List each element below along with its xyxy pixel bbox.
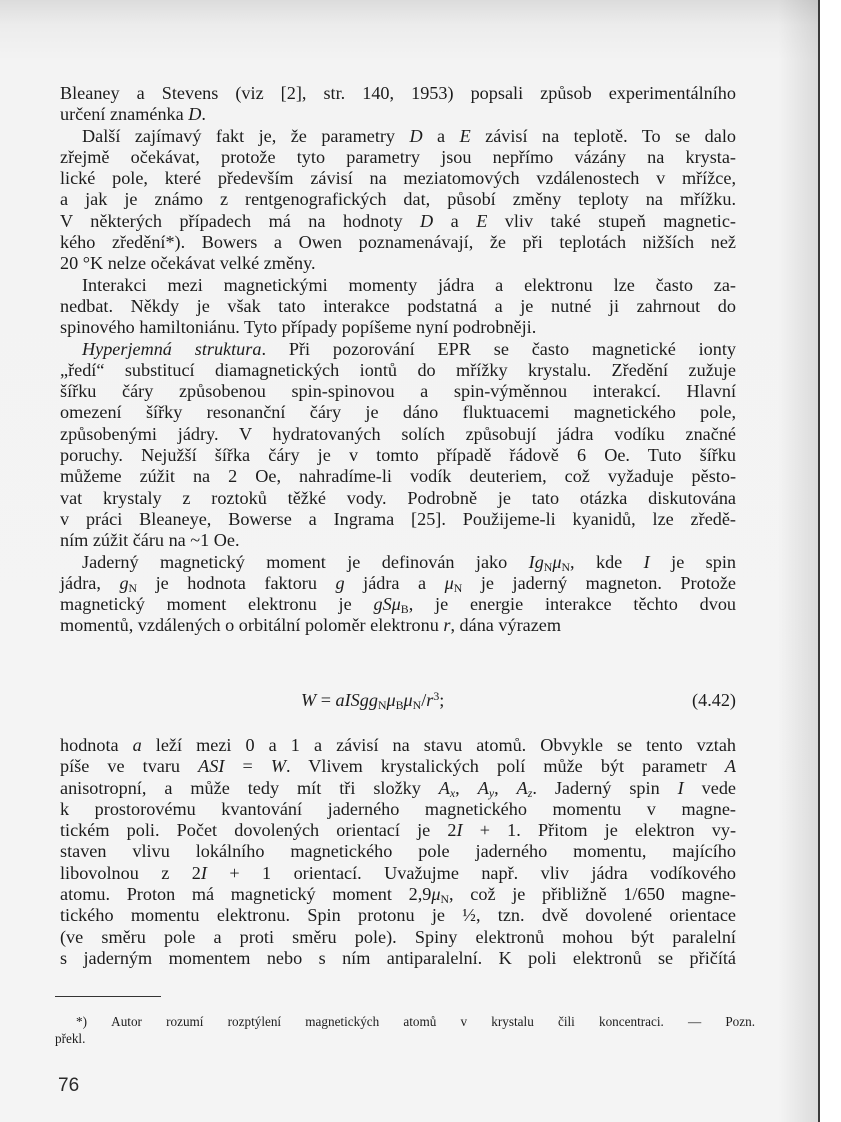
text-line: nedbat. Někdy je však tato interakce pod… xyxy=(60,296,736,317)
text-run: , xyxy=(455,778,478,798)
text-run: . Vlivem krystalických polí může být par… xyxy=(286,756,725,776)
text-run: je hodnota faktoru xyxy=(137,573,335,593)
footnote-rule xyxy=(55,996,161,997)
text-line: zřejmě očekávat, protože tyto parametry … xyxy=(60,147,736,168)
text-run: určení znaménka xyxy=(60,104,188,124)
fraction-half: ½ xyxy=(462,905,476,925)
math-symbol: Ig xyxy=(529,552,544,572)
text-line: libovolnou z 2I + 1 orientací. Uvažujme … xyxy=(60,863,736,884)
text-run: jádra a xyxy=(345,573,445,593)
text-line: „ředí“ substitucí diamagnetických iontů … xyxy=(60,360,736,381)
text-run: + 1 orientací. Uvažujme např. vliv jádra… xyxy=(207,863,736,883)
text-line: a jak je známo z rentgenografických dat,… xyxy=(60,189,736,210)
text-run: , kde xyxy=(570,552,644,572)
math-symbol: D xyxy=(188,104,201,124)
math-symbol: W xyxy=(301,690,316,710)
math-subscript: N xyxy=(441,892,450,906)
text-run: závisí na teplotě. To se dalo xyxy=(471,126,736,146)
equals-sign: = xyxy=(316,690,335,710)
text-line: způsobenými jádry. V hydratovaných solíc… xyxy=(60,424,736,445)
text-run: leží mezi 0 a 1 a závisí na stavu atomů.… xyxy=(142,735,736,755)
math-symbol: μ xyxy=(431,884,440,904)
text-line: poruchy. Nejužší šířka čáry je v tomto p… xyxy=(60,445,736,466)
text-line: staven vlivu lokálního magnetického pole… xyxy=(60,841,736,862)
paragraph-start-line: Interakci mezi magnetickými momenty jádr… xyxy=(60,275,736,296)
footnote-text: Autor rozumí rozptýlení magnetických ato… xyxy=(111,1014,755,1029)
text-run: V některých případech má na hodnoty xyxy=(60,211,420,231)
section-run-in-heading: Hyperjemná struktura xyxy=(82,339,261,359)
text-line: šířku čáry způsobenou spin-spinovou a sp… xyxy=(60,381,736,402)
math-symbol: A xyxy=(725,756,736,776)
text-line: V některých případech má na hodnoty D a … xyxy=(60,211,736,232)
text-line: lické pole, které především závisí na me… xyxy=(60,168,736,189)
math-symbol: a xyxy=(133,735,142,755)
text-line: (ve směru pole a proti směru pole). Spin… xyxy=(60,927,736,948)
text-run: . xyxy=(201,104,206,124)
math-subscript: N xyxy=(378,698,387,712)
text-run: , což je přibližně 1/650 magne- xyxy=(449,884,736,904)
text-line: hodnota a leží mezi 0 a 1 a závisí na st… xyxy=(60,735,736,756)
page-number: 76 xyxy=(58,1075,79,1097)
text-run: , je energie interakce těchto dvou xyxy=(409,594,736,614)
math-subscript: B xyxy=(401,602,409,616)
math-symbol: D xyxy=(409,126,422,146)
text-line: momentů, vzdálených o orbitální poloměr … xyxy=(60,615,736,636)
text-line: k prostorovému kvantování jaderného magn… xyxy=(60,799,736,820)
math-subscript: N xyxy=(561,560,570,574)
equation-body: W = aISggNμBμN/r3; xyxy=(301,690,444,711)
paragraph-start-line: Další zajímavý fakt je, že parametry D a… xyxy=(60,126,736,147)
text-run: = xyxy=(224,756,270,776)
math-symbol: A xyxy=(517,778,528,798)
text-line: omezení šířky resonanční čáry je dáno fl… xyxy=(60,402,736,423)
text-line: ním zúžit čáru na ~1 Oe. xyxy=(60,530,736,551)
text-run: Další zajímavý fakt je, že parametry xyxy=(82,126,409,146)
text-line: Bleaney a Stevens (viz [2], str. 140, 19… xyxy=(60,83,736,104)
text-run: píše ve tvaru xyxy=(60,756,198,776)
text-run: Jaderný magnetický moment je definován j… xyxy=(82,552,529,572)
math-punctuation: ; xyxy=(439,690,444,710)
text-run: jádra, xyxy=(60,573,119,593)
text-line: tickém poli. Počet dovolených orientací … xyxy=(60,820,736,841)
display-equation: W = aISggNμBμN/r3; (4.42) xyxy=(60,690,736,716)
math-subscript: B xyxy=(396,698,404,712)
text-line: spinového hamiltoniánu. Tyto případy pop… xyxy=(60,317,736,338)
footnote-line: *) Autor rozumí rozptýlení magnetických … xyxy=(55,1013,755,1030)
text-line: magnetický moment elektronu je gSμB, je … xyxy=(60,594,736,615)
math-symbol: μ xyxy=(387,690,396,710)
book-page: Bleaney a Stevens (viz [2], str. 140, 19… xyxy=(0,0,820,1122)
text-run: a xyxy=(433,211,476,231)
math-symbol: ASI xyxy=(198,756,224,776)
body-text-upper: Bleaney a Stevens (viz [2], str. 140, 19… xyxy=(60,83,736,637)
math-symbol: gSμ xyxy=(373,594,400,614)
text-run: atomu. Proton má magnetický moment 2,9 xyxy=(60,884,431,904)
text-line: tického momentu elektronu. Spin protonu … xyxy=(60,905,736,926)
text-run: je spin xyxy=(650,552,736,572)
text-run: vede xyxy=(684,778,736,798)
text-run: tického momentu elektronu. Spin protonu … xyxy=(60,905,462,925)
text-run: , xyxy=(494,778,517,798)
paragraph-start-line: Hyperjemná struktura. Při pozorování EPR… xyxy=(60,339,736,360)
math-symbol: D xyxy=(420,211,433,231)
text-run: libovolnou z 2 xyxy=(60,863,201,883)
paragraph-start-line: Jaderný magnetický moment je definován j… xyxy=(60,552,736,573)
text-line: v práci Bleaneye, Bowerse a Ingrama [25]… xyxy=(60,509,736,530)
math-symbol: A xyxy=(439,778,450,798)
text-line: s jaderným momentem nebo s ním antiparal… xyxy=(60,948,736,969)
text-line: určení znaménka D. xyxy=(60,104,736,125)
math-subscript: N xyxy=(413,698,422,712)
footnote-marker: *) xyxy=(76,1014,87,1029)
body-text-lower: hodnota a leží mezi 0 a 1 a závisí na st… xyxy=(60,735,736,969)
text-run: momentů, vzdálených o orbitální poloměr … xyxy=(60,615,443,635)
text-run: magnetický moment elektronu je xyxy=(60,594,373,614)
text-line: atomu. Proton má magnetický moment 2,9μN… xyxy=(60,884,736,905)
text-run: a xyxy=(423,126,460,146)
text-run: je jaderný magneton. Protože xyxy=(462,573,736,593)
text-run: vliv také stupeň magnetic- xyxy=(487,211,736,231)
text-run: . Při pozorování EPR se často magnetické… xyxy=(261,339,736,359)
math-symbol: μ xyxy=(445,573,454,593)
math-symbol: aISgg xyxy=(336,690,378,710)
text-line-with-footnote-ref: kého zředění*). Bowers a Owen poznamenáv… xyxy=(60,232,736,253)
math-subscript: N xyxy=(129,581,138,595)
text-run: . Jaderný spin xyxy=(532,778,677,798)
text-line: vat krystaly z roztoků těžké vody. Podro… xyxy=(60,488,736,509)
text-run: , dána výrazem xyxy=(450,615,561,635)
text-line: 20 °K nelze očekávat velké změny. xyxy=(60,253,736,274)
text-line: anisotropní, a může tedy mít tři složky … xyxy=(60,778,736,799)
equation-number: (4.42) xyxy=(692,690,736,711)
math-symbol: A xyxy=(478,778,489,798)
math-symbol: W xyxy=(271,756,286,776)
math-symbol: g xyxy=(336,573,345,593)
math-symbol: μ xyxy=(404,690,413,710)
footnote-line: překl. xyxy=(55,1030,755,1047)
text-run: + 1. Přitom je elektron vy- xyxy=(463,820,736,840)
text-run: anisotropní, a může tedy mít tři složky xyxy=(60,778,439,798)
text-run: , tzn. dvě dovolené orientace xyxy=(476,905,736,925)
text-line: můžeme zúžit na 2 Oe, nahradíme-li vodík… xyxy=(60,466,736,487)
math-symbol: g xyxy=(119,573,128,593)
text-run: hodnota xyxy=(60,735,133,755)
math-symbol: E xyxy=(476,211,487,231)
text-line: píše ve tvaru ASI = W. Vlivem krystalick… xyxy=(60,756,736,777)
math-symbol: E xyxy=(460,126,471,146)
footnote: *) Autor rozumí rozptýlení magnetických … xyxy=(55,1013,755,1047)
text-run: tickém poli. Počet dovolených orientací … xyxy=(60,820,457,840)
text-line: jádra, gN je hodnota faktoru g jádra a μ… xyxy=(60,573,736,594)
